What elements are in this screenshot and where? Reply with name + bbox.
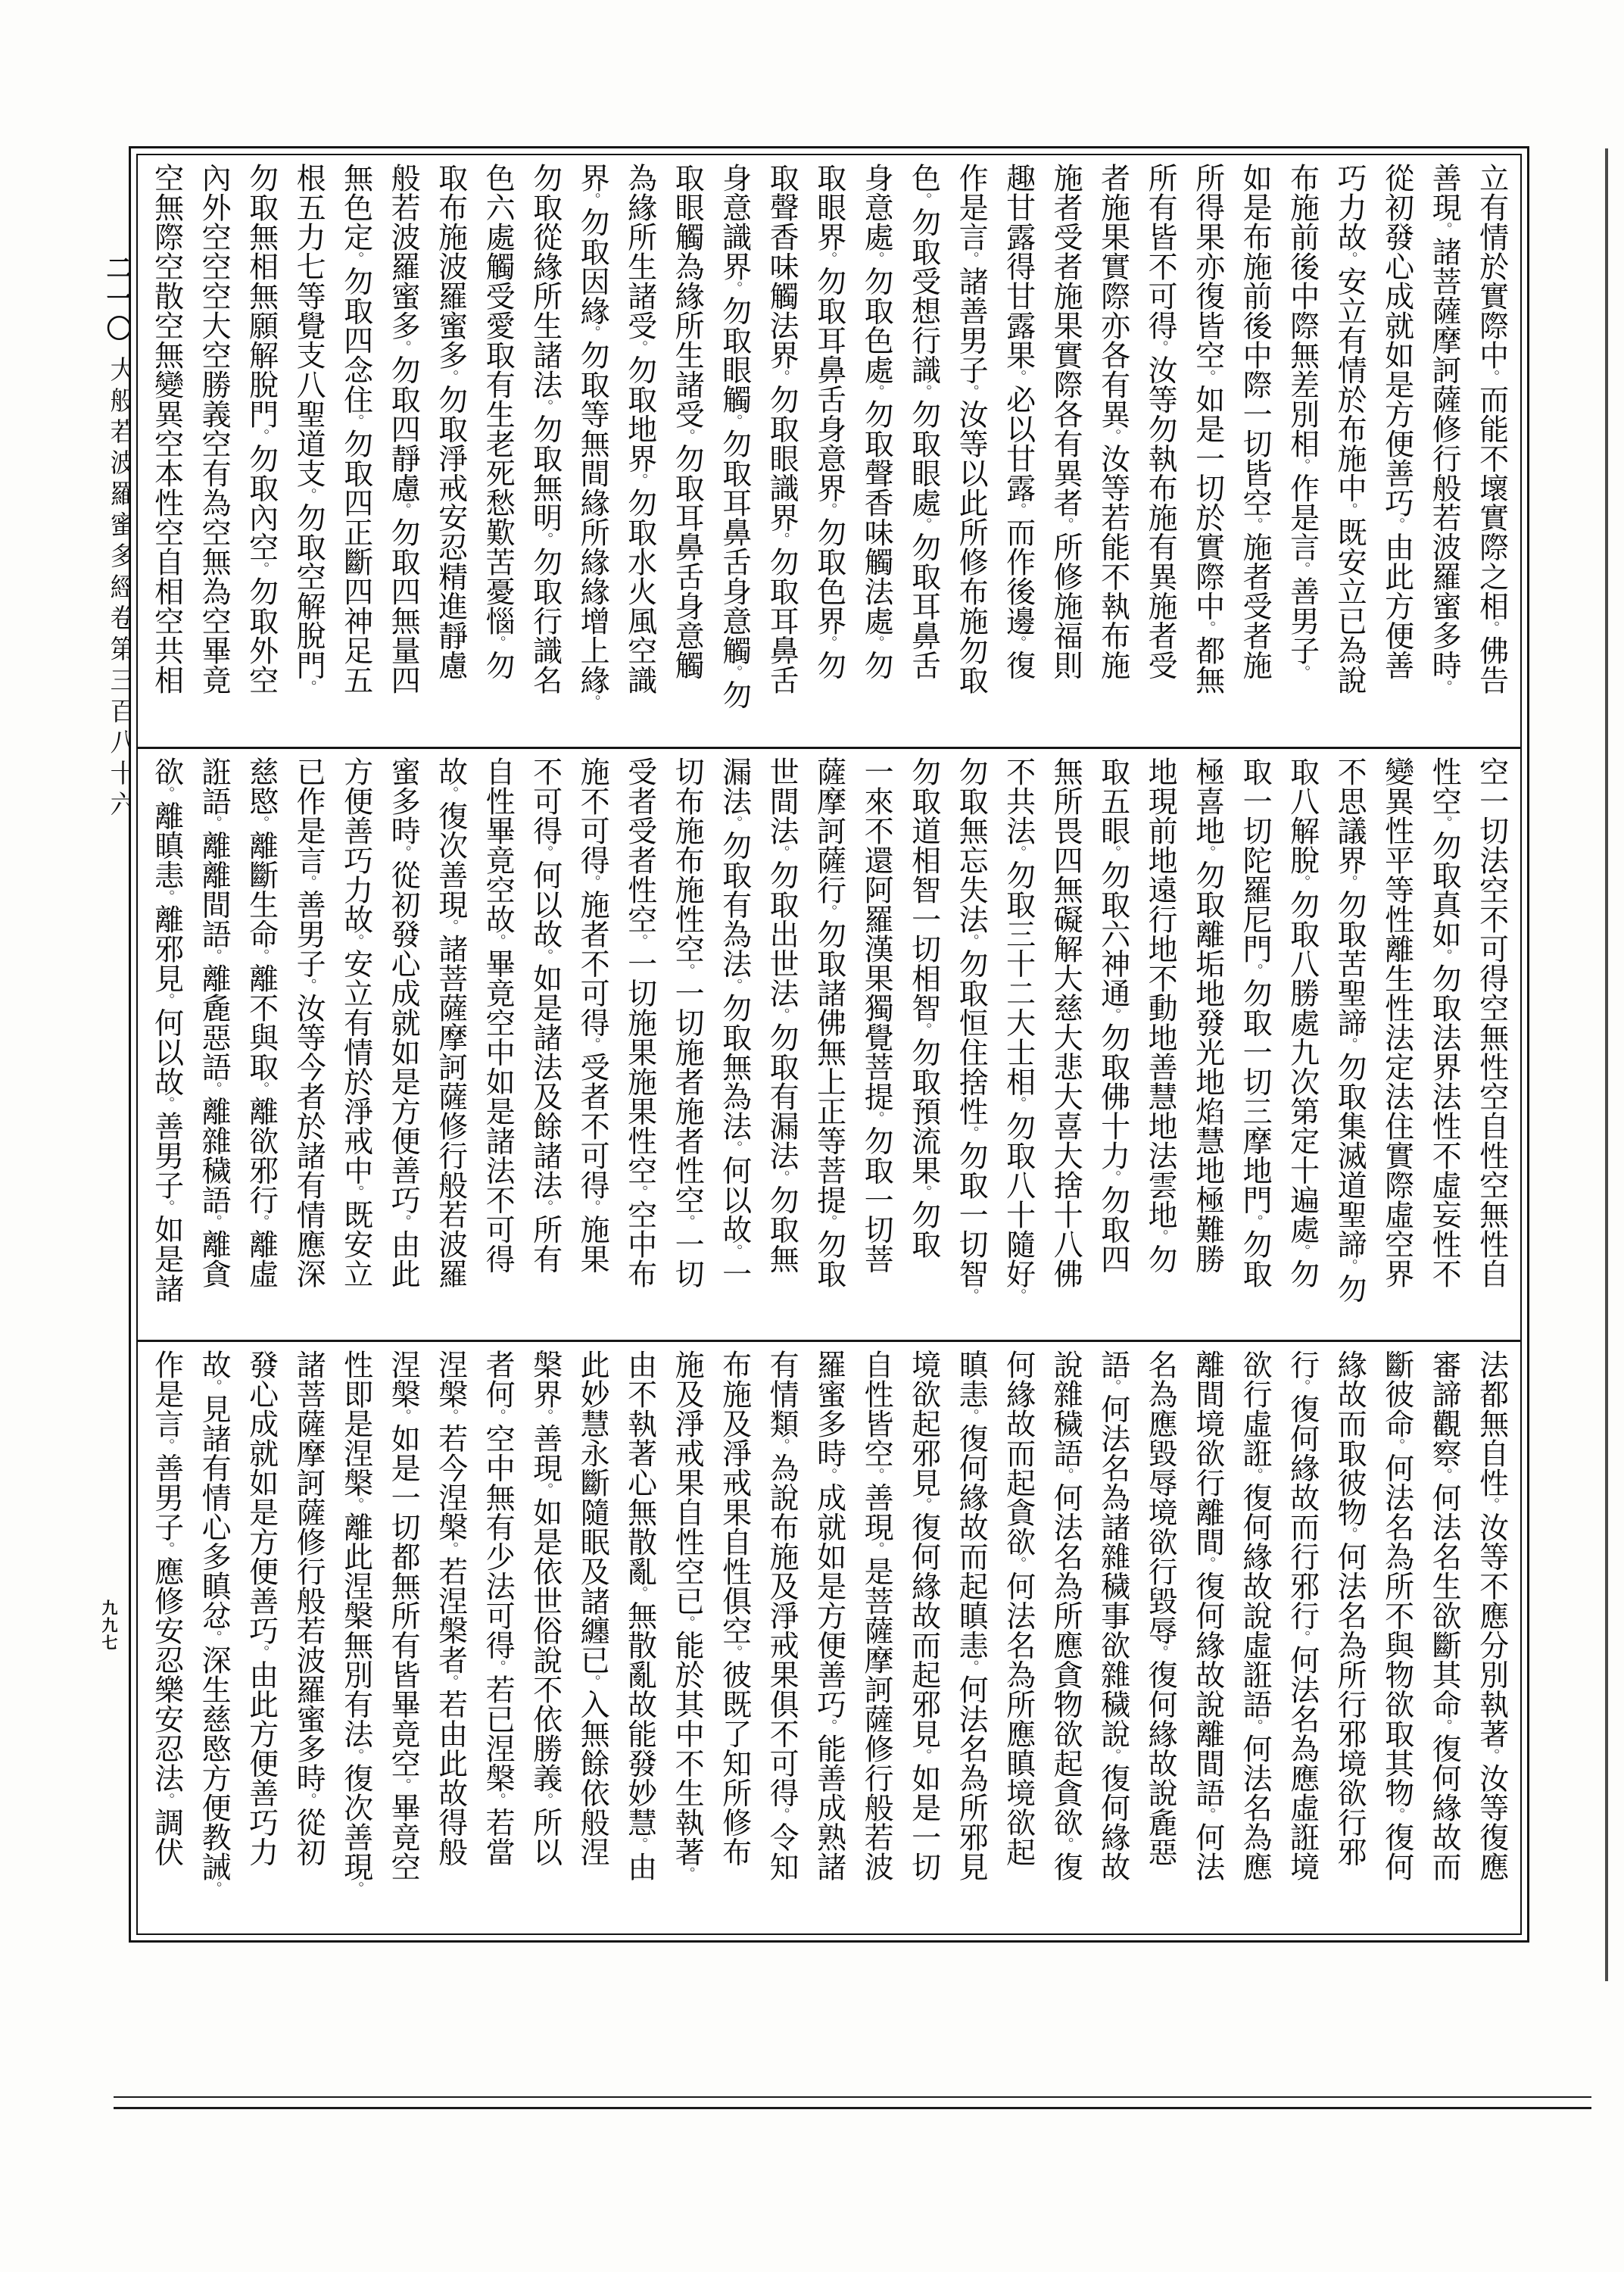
- scanned-sutra-page: { "margin": { "folio_number": "二一〇", "vo…: [0, 0, 1624, 2272]
- text-column: 性即是涅槃。離此涅槃無別有法。復次善現。: [339, 1350, 372, 1932]
- text-block-border: 立有情於實際中。而能不壞實際之相。佛告善現。諸菩薩摩訶薩修行般若波羅蜜多時。從初…: [129, 146, 1529, 1943]
- text-column: 語。何法名為諸雜穢事欲雜穢說。復何緣故: [1096, 1350, 1130, 1932]
- text-column: 身意識界。勿取眼觸。勿取耳鼻舌身意觸。勿: [718, 163, 751, 745]
- text-column: 一來不還阿羅漢果獨覺菩提。勿取一切菩: [860, 757, 893, 1339]
- page-number: 九九七: [98, 1599, 120, 1652]
- text-column: 施者受者施果實際各有異者。所修施福則: [1049, 163, 1083, 745]
- text-column: 境欲起邪見。復何緣故而起邪見。如是一切: [907, 1350, 940, 1932]
- text-column: 為緣所生諸受。勿取地界。勿取水火風空識: [623, 163, 656, 745]
- text-column: 空無際空散空無變異空本性空自相空共相: [150, 163, 183, 745]
- text-band-middle: 空一切法空不可得空無性空自性空無性自性空。勿取真如。勿取法界法性不虛妄性不變異性…: [138, 747, 1520, 1340]
- text-column: 身意處。勿取色處。勿取聲香味觸法處。勿: [860, 163, 893, 745]
- text-column: 受者受者性空。一切施果施果性空。空中布: [623, 757, 656, 1339]
- text-column: 如是布施前後中際一切皆空。施者受者施: [1239, 163, 1272, 745]
- text-column: 名為應毀辱境欲行毀辱。復何緣故說麁惡: [1144, 1350, 1177, 1932]
- text-column: 何緣故而起貪欲。何法名為所應瞋境欲起: [1002, 1350, 1035, 1932]
- text-column: 取一切陀羅尼門。勿取一切三摩地門。勿取: [1239, 757, 1272, 1339]
- text-column: 此妙慧永斷隨眠及諸纏已。入無餘依般涅: [576, 1350, 609, 1932]
- text-column: 涅槃。如是一切都無所有皆畢竟空。畢竟空: [387, 1350, 420, 1932]
- text-column: 諸菩薩摩訶薩修行般若波羅蜜多時。從初: [292, 1350, 326, 1932]
- text-column: 誑語。離離間語。離麁惡語。離雜穢語。離貪: [198, 757, 231, 1339]
- text-band-lower: 法都無自性。汝等不應分別執著。汝等復應審諦觀察。何法名生欲斷其命。復何緣故而斷彼…: [138, 1340, 1520, 1933]
- footer-rule-bottom: [114, 2107, 1591, 2109]
- text-column: 切布施布施性空。一切施者施者性空。一切: [671, 757, 704, 1339]
- text-column: 善現。諸菩薩摩訶薩修行般若波羅蜜多時。: [1428, 163, 1461, 745]
- text-column: 羅蜜多時。成就如是方便善巧。能善成熟諸: [812, 1350, 846, 1932]
- text-column: 取八解脫。勿取八勝處九次第定十遍處。勿: [1286, 757, 1319, 1339]
- text-column: 取五眼。勿取六神通。勿取佛十力。勿取四: [1096, 757, 1130, 1339]
- text-column: 有情類。為說布施及淨戒果俱不可得。令知: [765, 1350, 799, 1932]
- text-column: 般若波羅蜜多。勿取四靜慮。勿取四無量四: [387, 163, 420, 745]
- text-column: 漏法。勿取有為法。勿取無為法。何以故。一: [718, 757, 751, 1339]
- text-column: 取眼界。勿取耳鼻舌身意界。勿取色界。勿: [812, 163, 846, 745]
- text-column: 無所畏四無礙解大慈大悲大喜大捨十八佛: [1049, 757, 1083, 1339]
- text-column: 作是言。善男子。應修安忍樂安忍法。調伏: [150, 1350, 183, 1932]
- text-column: 無色定。勿取四念住。勿取四正斷四神足五: [339, 163, 372, 745]
- text-column: 作是言。諸善男子。汝等以此所修布施勿取: [955, 163, 988, 745]
- text-column: 蜜多時。從初發心成就如是方便善巧。由此: [387, 757, 420, 1339]
- text-column: 故。見諸有情心多瞋忿。深生慈愍方便教誡。: [198, 1350, 231, 1932]
- text-column: 已作是言。善男子。汝等今者於諸有情應深: [292, 757, 326, 1339]
- text-column: 布施前後中際無差別相。作是言。善男子。: [1286, 163, 1319, 745]
- text-column: 薩摩訶薩行。勿取諸佛無上正等菩提。勿取: [812, 757, 846, 1339]
- text-column: 欲。離瞋恚。離邪見。何以故。善男子。如是諸: [150, 757, 183, 1339]
- text-column: 布施及淨戒果自性俱空。彼既了知所修布: [718, 1350, 751, 1932]
- text-column: 緣故而取彼物。何法名為所行邪境欲行邪: [1333, 1350, 1367, 1932]
- text-column: 極喜地。勿取離垢地發光地焰慧地極難勝: [1191, 757, 1224, 1339]
- text-column: 內外空空空大空勝義空有為空無為空畢竟: [198, 163, 231, 745]
- text-column: 者施果實際亦各有異。汝等若能不執布施: [1096, 163, 1130, 745]
- text-column: 慈愍。離斷生命。離不與取。離欲邪行。離虛: [245, 757, 278, 1339]
- text-column: 者何。空中無有少法可得。若已涅槃。若當: [482, 1350, 515, 1932]
- text-column: 故。復次善現。諸菩薩摩訶薩修行般若波羅: [434, 757, 467, 1339]
- text-column: 空一切法空不可得空無性空自性空無性自: [1475, 757, 1508, 1339]
- text-column: 勿取無相無願解脫門。勿取內空。勿取外空: [245, 163, 278, 745]
- text-column: 不共法。勿取三十二大士相。勿取八十隨好。: [1002, 757, 1035, 1339]
- text-block: 立有情於實際中。而能不壞實際之相。佛告善現。諸菩薩摩訶薩修行般若波羅蜜多時。從初…: [136, 154, 1522, 1935]
- text-column: 根五力七等覺支八聖道支。勿取空解脫門。: [292, 163, 326, 745]
- text-column: 斷彼命。何法名為所不與物欲取其物。復何: [1380, 1350, 1414, 1932]
- text-column: 離間境欲行離間。復何緣故說離間語。何法: [1191, 1350, 1224, 1932]
- text-column: 取聲香味觸法界。勿取眼識界。勿取耳鼻舌: [765, 163, 799, 745]
- text-column: 趣甘露得甘露果。必以甘露。而作後邊。復: [1002, 163, 1035, 745]
- text-column: 從初發心成就如是方便善巧。由此方便善: [1380, 163, 1414, 745]
- text-column: 不可得。何以故。如是諸法及餘諸法。所有: [528, 757, 562, 1339]
- text-column: 審諦觀察。何法名生欲斷其命。復何緣故而: [1428, 1350, 1461, 1932]
- text-column: 法都無自性。汝等不應分別執著。汝等復應: [1475, 1350, 1508, 1932]
- text-column: 變異性平等性離生性法定法住實際虛空界: [1380, 757, 1414, 1339]
- text-column: 施不可得。施者不可得。受者不可得。施果: [576, 757, 609, 1339]
- text-column: 勿取無忘失法。勿取恒住捨性。勿取一切智。: [955, 757, 988, 1339]
- text-column: 巧力故。安立有情於布施中。既安立已為說: [1333, 163, 1367, 745]
- footer-rule-top: [114, 2096, 1591, 2098]
- text-column: 勿取從緣所生諸法。勿取無明。勿取行識名: [528, 163, 562, 745]
- text-column: 自性畢竟空故。畢竟空中如是諸法不可得: [482, 757, 515, 1339]
- text-column: 發心成就如是方便善巧。由此方便善巧力: [245, 1350, 278, 1932]
- text-column: 性空。勿取真如。勿取法界法性不虛妄性不: [1428, 757, 1461, 1339]
- text-column: 涅槃。若今涅槃。若涅槃者。若由此故得般: [434, 1350, 467, 1932]
- text-band-upper: 立有情於實際中。而能不壞實際之相。佛告善現。諸菩薩摩訶薩修行般若波羅蜜多時。從初…: [138, 155, 1520, 747]
- text-column: 不思議界。勿取苦聖諦。勿取集滅道聖諦。勿: [1333, 757, 1367, 1339]
- text-column: 所有皆不可得。汝等勿執布施有異施者受: [1144, 163, 1177, 745]
- text-column: 色。勿取受想行識。勿取眼處。勿取耳鼻舌: [907, 163, 940, 745]
- text-column: 行。復何緣故而行邪行。何法名為應虛誑境: [1286, 1350, 1319, 1932]
- text-column: 所得果亦復皆空。如是一切於實際中。都無: [1191, 163, 1224, 745]
- text-column: 取布施波羅蜜多。勿取淨戒安忍精進靜慮: [434, 163, 467, 745]
- text-column: 自性皆空。善現。是菩薩摩訶薩修行般若波: [860, 1350, 893, 1932]
- text-column: 世間法。勿取出世法。勿取有漏法。勿取無: [765, 757, 799, 1339]
- text-column: 說雜穢語。何法名為所應貪物欲起貪欲。復: [1049, 1350, 1083, 1932]
- text-column: 施及淨戒果自性空已。能於其中不生執著。: [671, 1350, 704, 1932]
- text-column: 取眼觸為緣所生諸受。勿取耳鼻舌身意觸: [671, 163, 704, 745]
- text-column: 由不執著心無散亂。無散亂故能發妙慧。由: [623, 1350, 656, 1932]
- text-column: 色六處觸受愛取有生老死愁歎苦憂惱。勿: [482, 163, 515, 745]
- text-column: 界。勿取因緣。勿取等無間緣所緣緣增上緣。: [576, 163, 609, 745]
- text-column: 地現前地遠行地不動地善慧地法雲地。勿: [1144, 757, 1177, 1339]
- text-column: 勿取道相智一切相智。勿取預流果。勿取: [907, 757, 940, 1339]
- page-edge-artifact: [1605, 148, 1608, 1981]
- text-column: 槃界。善現。如是依世俗說不依勝義。所以: [528, 1350, 562, 1932]
- text-column: 方便善巧力故。安立有情於淨戒中。既安立: [339, 757, 372, 1339]
- text-column: 欲行虛誑。復何緣故說虛誑語。何法名為應: [1239, 1350, 1272, 1932]
- text-column: 立有情於實際中。而能不壞實際之相。佛告: [1475, 163, 1508, 745]
- text-column: 瞋恚。復何緣故而起瞋恚。何法名為所邪見: [955, 1350, 988, 1932]
